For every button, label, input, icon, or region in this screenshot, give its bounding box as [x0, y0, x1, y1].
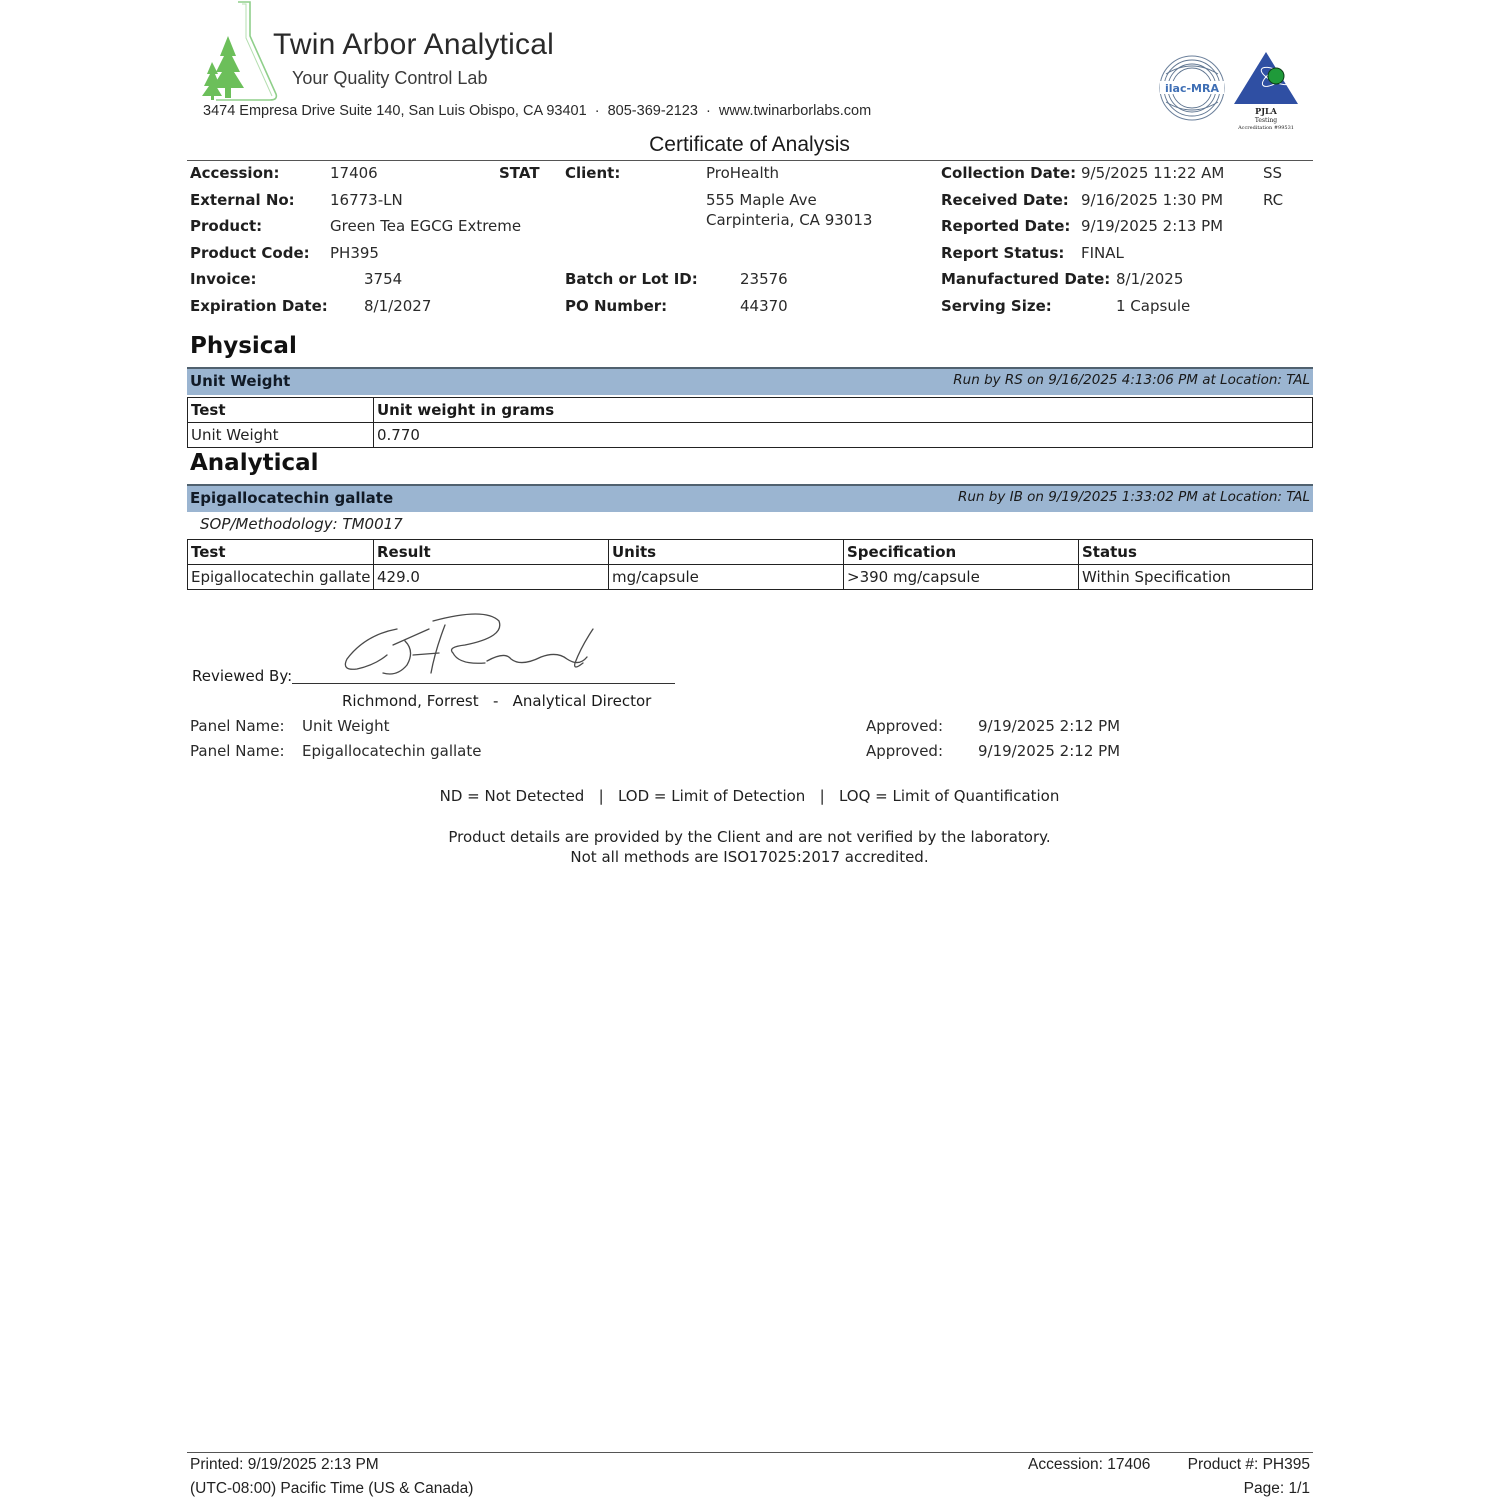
approved-label: Approved:	[866, 742, 943, 760]
serving-size-value: 1 Capsule	[1116, 297, 1190, 315]
accession-value: 17406	[330, 164, 378, 182]
column-header: Test	[188, 540, 374, 565]
table-header-row: Test Unit weight in grams	[188, 398, 1313, 423]
svg-text:ilac-MRA: ilac-MRA	[1165, 82, 1219, 95]
tree-flask-icon	[198, 0, 284, 102]
collection-date-value: 9/5/2025 11:22 AM	[1081, 164, 1224, 182]
svg-text:Testing: Testing	[1255, 117, 1277, 124]
expiration-date-label: Expiration Date:	[190, 297, 328, 315]
egcg-table: Test Result Units Specification Status E…	[187, 539, 1313, 590]
panel-name-value: Epigallocatechin gallate	[302, 742, 482, 760]
expiration-date-value: 8/1/2027	[364, 297, 431, 315]
reviewer-name: Richmond, Forrest - Analytical Director	[342, 692, 651, 710]
client-name: ProHealth	[706, 164, 779, 182]
footer-product: Product #: PH395	[1188, 1456, 1310, 1474]
lab-tagline: Your Quality Control Lab	[292, 68, 487, 89]
client-address-1: 555 Maple Ave	[706, 191, 817, 209]
report-status-value: FINAL	[1081, 244, 1124, 262]
column-header: Result	[374, 540, 609, 565]
physical-heading: Physical	[190, 333, 297, 359]
table-cell: mg/capsule	[609, 565, 844, 590]
product-code-value: PH395	[330, 244, 379, 262]
unit-weight-table: Test Unit weight in grams Unit Weight 0.…	[187, 397, 1313, 448]
abbreviation-legend: ND = Not Detected | LOD = Limit of Detec…	[0, 787, 1499, 805]
invoice-value: 3754	[364, 270, 402, 288]
serving-size-label: Serving Size:	[941, 297, 1052, 315]
column-header: Units	[609, 540, 844, 565]
approved-value: 9/19/2025 2:12 PM	[978, 742, 1120, 760]
unit-weight-panel-header: Unit Weight Run by RS on 9/16/2025 4:13:…	[187, 367, 1313, 395]
product-code-label: Product Code:	[190, 244, 310, 262]
signature-line	[292, 683, 675, 684]
table-row: Unit Weight 0.770	[188, 423, 1313, 448]
column-header: Status	[1079, 540, 1313, 565]
run-info: Run by RS on 9/16/2025 4:13:06 PM at Loc…	[953, 372, 1310, 388]
panel-title: Epigallocatechin gallate	[190, 489, 393, 507]
signature-icon	[335, 607, 605, 682]
run-info: Run by IB on 9/19/2025 1:33:02 PM at Loc…	[958, 489, 1310, 505]
received-date-label: Received Date:	[941, 191, 1069, 209]
po-number-value: 44370	[740, 297, 788, 315]
approved-label: Approved:	[866, 717, 943, 735]
stat-flag: STAT	[499, 164, 540, 182]
methodology: SOP/Methodology: TM0017	[200, 515, 403, 533]
column-header: Test	[188, 398, 374, 423]
batch-lot-value: 23576	[740, 270, 788, 288]
pjla-badge-icon: PJLA Testing Accreditation #99531	[1232, 50, 1300, 130]
ilac-mra-badge-icon: ilac-MRA	[1158, 54, 1226, 122]
invoice-label: Invoice:	[190, 270, 257, 288]
analytical-heading: Analytical	[190, 450, 319, 476]
table-cell: 429.0	[374, 565, 609, 590]
panel-name-value: Unit Weight	[302, 717, 390, 735]
manufactured-date-value: 8/1/2025	[1116, 270, 1183, 288]
lab-name: Twin Arbor Analytical	[273, 28, 554, 62]
disclaimer-client: Product details are provided by the Clie…	[0, 828, 1499, 846]
document-title: Certificate of Analysis	[0, 133, 1499, 157]
footer-accession: Accession: 17406	[1028, 1456, 1150, 1474]
manufactured-date-label: Manufactured Date:	[941, 270, 1110, 288]
reviewed-by-label: Reviewed By:	[192, 667, 292, 685]
approved-value: 9/19/2025 2:12 PM	[978, 717, 1120, 735]
po-number-label: PO Number:	[565, 297, 667, 315]
footer-divider	[187, 1452, 1313, 1453]
column-header: Unit weight in grams	[374, 398, 1313, 423]
collection-initials: SS	[1263, 164, 1282, 182]
table-cell: Epigallocatechin gallate	[188, 565, 374, 590]
panel-name-label: Panel Name:	[190, 717, 285, 735]
header-divider	[187, 160, 1313, 161]
table-row: Epigallocatechin gallate 429.0 mg/capsul…	[188, 565, 1313, 590]
page-number: Page: 1/1	[1244, 1480, 1310, 1498]
reported-date-value: 9/19/2025 2:13 PM	[1081, 217, 1223, 235]
product-label: Product:	[190, 217, 262, 235]
svg-text:PJLA: PJLA	[1255, 106, 1277, 116]
printed-date: Printed: 9/19/2025 2:13 PM	[190, 1456, 379, 1474]
table-cell: >390 mg/capsule	[844, 565, 1079, 590]
panel-name-label: Panel Name:	[190, 742, 285, 760]
disclaimer-iso: Not all methods are ISO17025:2017 accred…	[0, 848, 1499, 866]
accession-label: Accession:	[190, 164, 280, 182]
status-cell: Within Specification	[1079, 565, 1313, 590]
batch-lot-label: Batch or Lot ID:	[565, 270, 698, 288]
external-no-value: 16773-LN	[330, 191, 403, 209]
table-header-row: Test Result Units Specification Status	[188, 540, 1313, 565]
timezone: (UTC-08:00) Pacific Time (US & Canada)	[190, 1480, 473, 1498]
panel-title: Unit Weight	[190, 372, 290, 390]
product-value: Green Tea EGCG Extreme	[330, 217, 521, 235]
received-initials: RC	[1263, 191, 1283, 209]
column-header: Specification	[844, 540, 1079, 565]
client-address-2: Carpinteria, CA 93013	[706, 211, 872, 229]
collection-date-label: Collection Date:	[941, 164, 1076, 182]
lab-address: 3474 Empresa Drive Suite 140, San Luis O…	[203, 103, 871, 119]
svg-text:Accreditation #99531: Accreditation #99531	[1237, 125, 1294, 130]
egcg-panel-header: Epigallocatechin gallate Run by IB on 9/…	[187, 484, 1313, 512]
report-status-label: Report Status:	[941, 244, 1064, 262]
reported-date-label: Reported Date:	[941, 217, 1070, 235]
external-no-label: External No:	[190, 191, 295, 209]
client-label: Client:	[565, 164, 620, 182]
received-date-value: 9/16/2025 1:30 PM	[1081, 191, 1223, 209]
table-cell: Unit Weight	[188, 423, 374, 448]
table-cell: 0.770	[374, 423, 1313, 448]
